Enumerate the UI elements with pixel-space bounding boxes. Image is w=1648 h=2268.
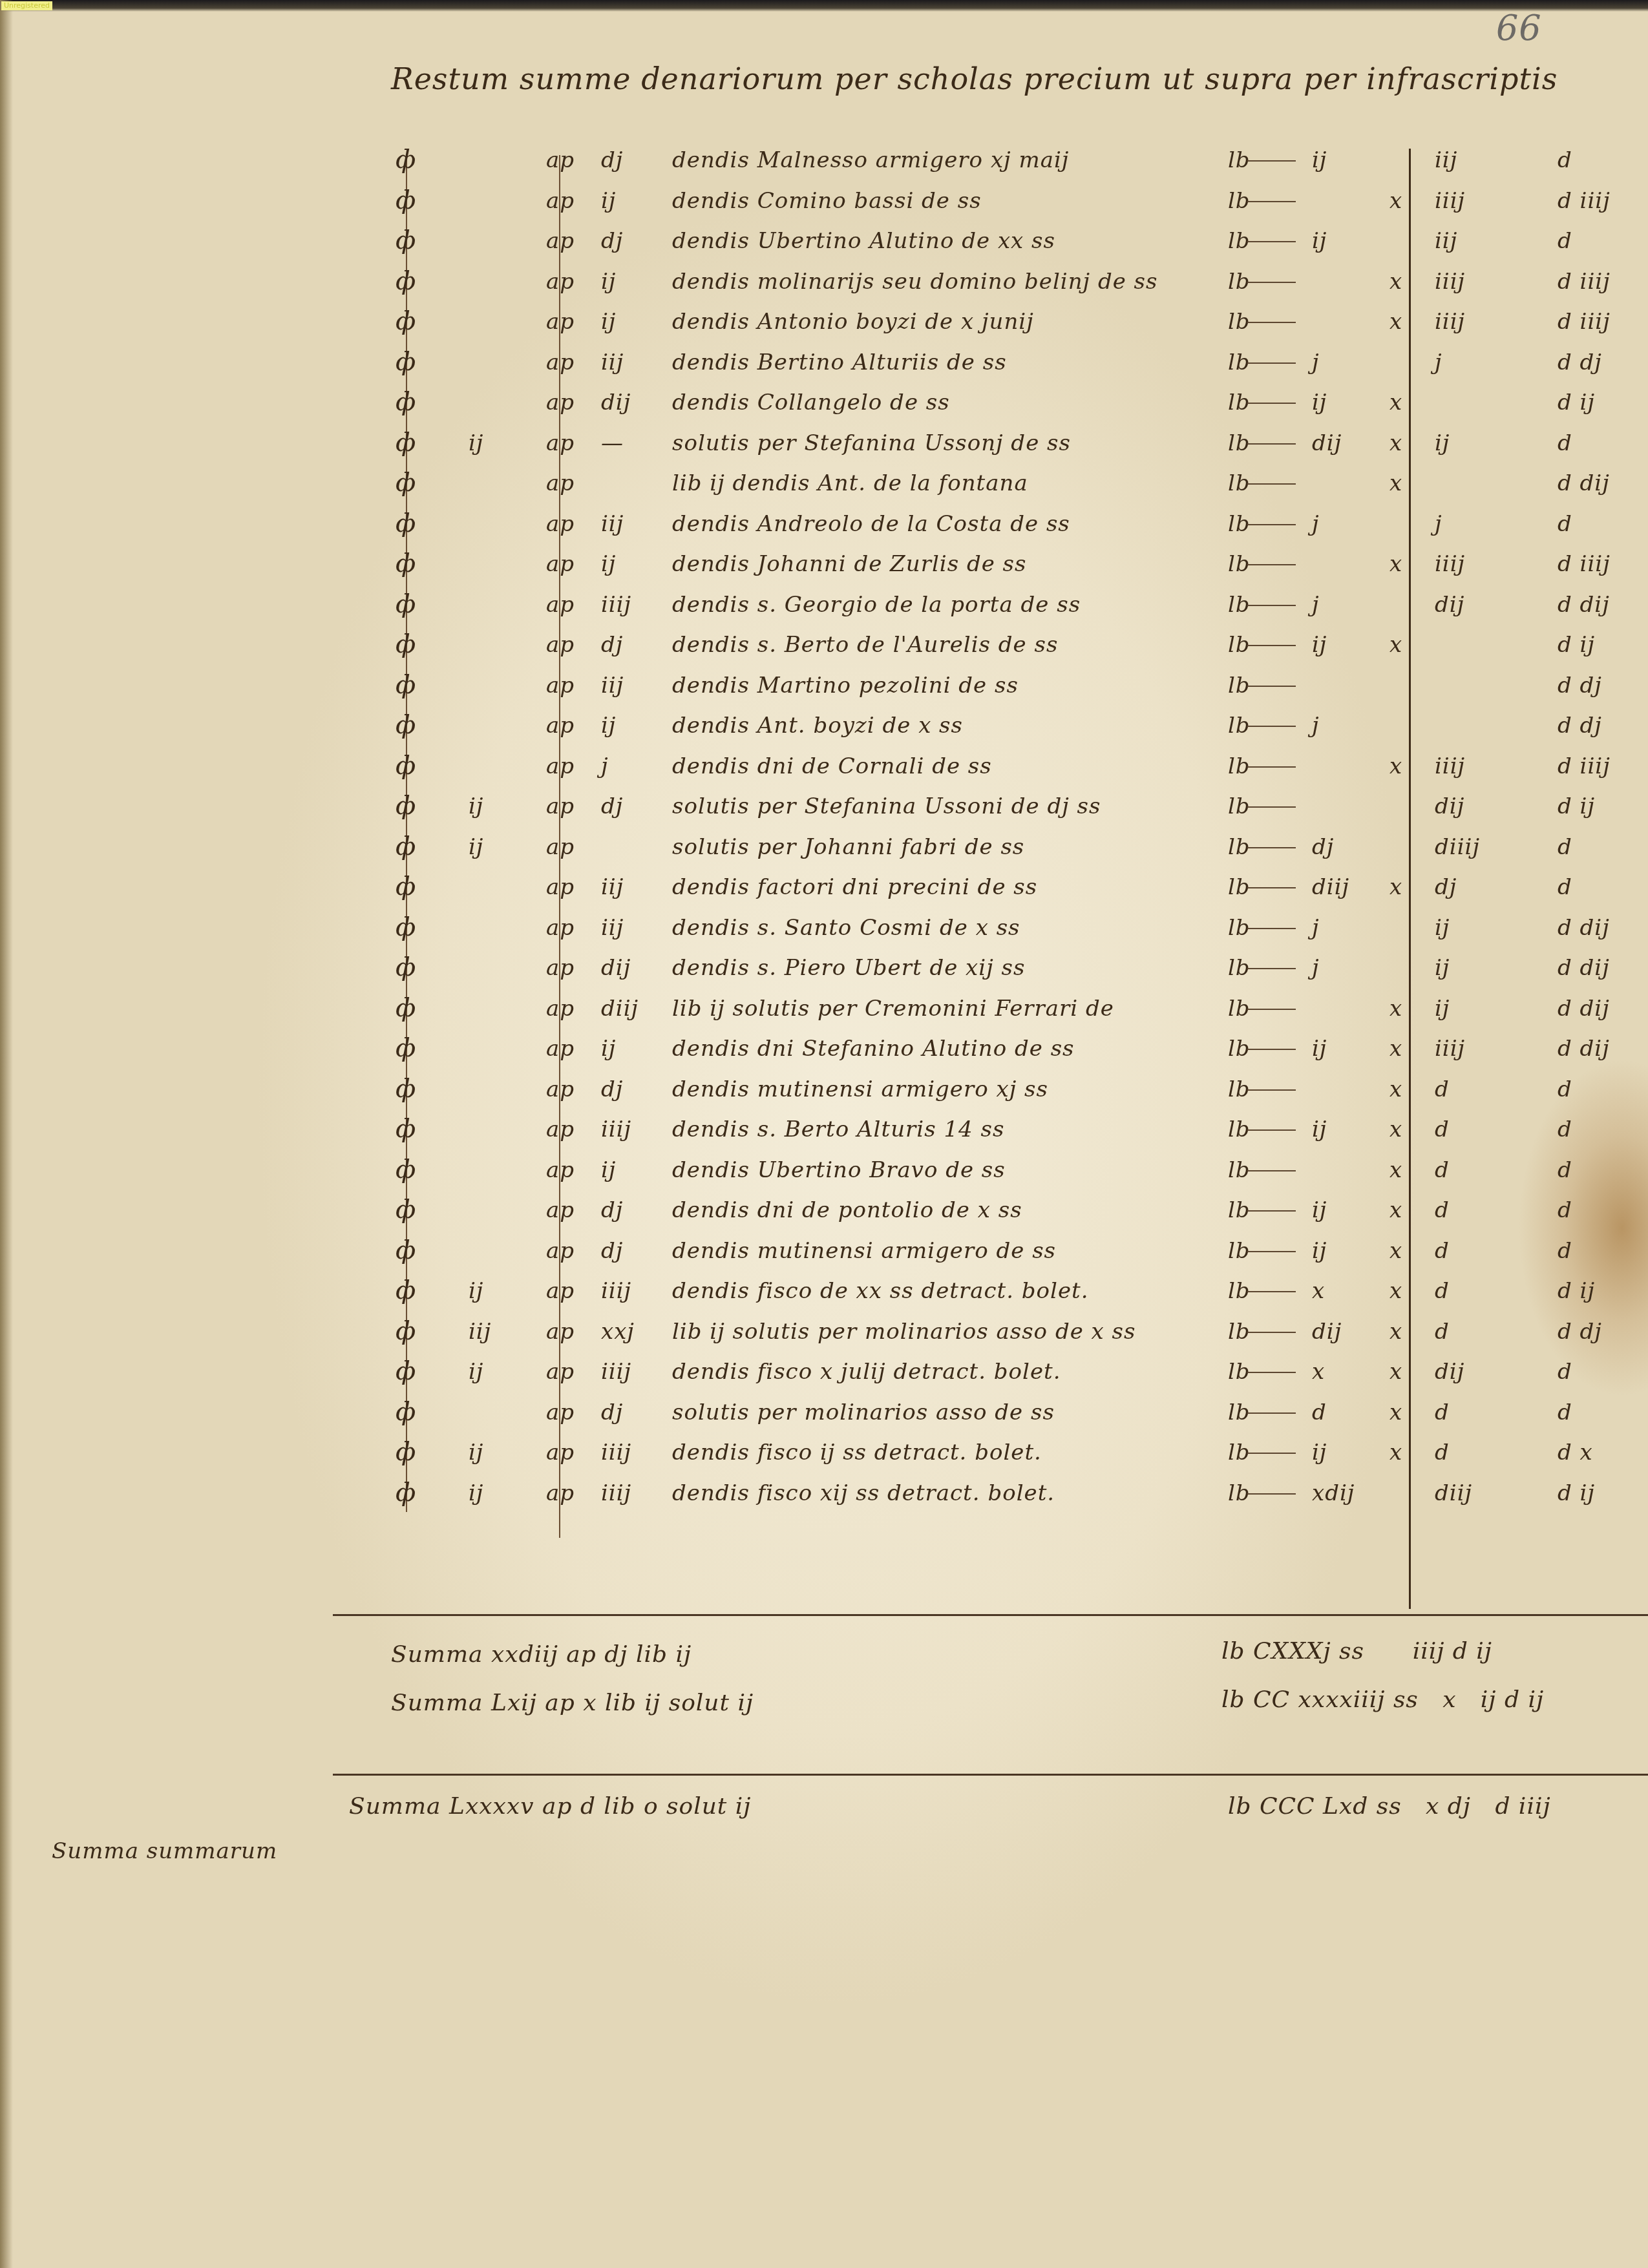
ledger-row: фapiijdendis Andreolo de la Costa de ssl… xyxy=(0,511,1648,549)
entry-count: iiij xyxy=(601,1359,631,1385)
ap-abbreviation: ap xyxy=(546,955,575,981)
libra-dash-rule xyxy=(1247,968,1296,969)
amount-value: iiij xyxy=(1435,269,1465,295)
entry-description: dendis Ant. boyzi de x ss xyxy=(672,713,963,739)
amount-value: dij xyxy=(1435,592,1464,618)
denari-value: x xyxy=(1389,430,1402,456)
entry-count: iij xyxy=(601,915,624,941)
amount-value: iij xyxy=(1435,228,1457,254)
ap-abbreviation: ap xyxy=(546,430,575,456)
denari-total: d ij xyxy=(1558,632,1595,658)
ledger-row: фapdjdendis mutinensi armigero xj sslbxd… xyxy=(0,1076,1648,1114)
denari-total: d xyxy=(1558,874,1572,900)
denari-total: d iiij xyxy=(1558,269,1611,295)
entry-description: dendis s. Georgio de la porta de ss xyxy=(672,592,1081,618)
entry-description: solutis per molinarios asso de ss xyxy=(672,1400,1055,1425)
entry-check-mark: ф xyxy=(396,226,416,255)
ap-abbreviation: ap xyxy=(546,1117,575,1142)
ap-abbreviation: ap xyxy=(546,1278,575,1304)
entry-check-mark: ф xyxy=(396,1478,416,1507)
amount-value: d xyxy=(1435,1238,1450,1264)
ap-abbreviation: ap xyxy=(546,1400,575,1425)
libra-dash-rule xyxy=(1247,160,1296,162)
entry-description: dendis Comino bassi de ss xyxy=(672,188,982,214)
ap-abbreviation: ap xyxy=(546,309,575,335)
denari-total: d xyxy=(1558,1117,1572,1142)
denari-total: d xyxy=(1558,430,1572,456)
entry-check-mark: ф xyxy=(396,1316,416,1346)
ledger-row: фijapsolutis per Johanni fabri de sslbdj… xyxy=(0,834,1648,872)
libra-dash-rule xyxy=(1247,686,1296,687)
denari-value: x xyxy=(1389,1400,1402,1425)
denari-value: x xyxy=(1389,309,1402,335)
soldi-value: j xyxy=(1312,350,1320,375)
amount-value: d xyxy=(1435,1400,1450,1425)
entry-count: iiij xyxy=(601,1480,631,1506)
grand-total-lb: lb CCC Lxd ss xyxy=(1228,1793,1402,1820)
libra-dash-rule xyxy=(1247,1453,1296,1454)
amount-value: d xyxy=(1435,1278,1450,1304)
ap-abbreviation: ap xyxy=(546,1076,575,1102)
ledger-row: фapiijdendis Martino pezolini de sslbd d… xyxy=(0,673,1648,710)
libra-dash-rule xyxy=(1247,1291,1296,1292)
subtotal-label: Summa Lxij ap x lib ij solut ij xyxy=(391,1690,754,1716)
denari-value: x xyxy=(1389,1157,1402,1183)
ap-abbreviation: ap xyxy=(546,1157,575,1183)
denari-total: d ij xyxy=(1558,793,1595,819)
libra-dash-rule xyxy=(1247,443,1296,445)
entry-check-mark: ф xyxy=(396,629,416,659)
ap-abbreviation: ap xyxy=(546,390,575,415)
ap-abbreviation: ap xyxy=(546,673,575,698)
amount-value: iiij xyxy=(1435,1036,1465,1062)
soldi-value: ij xyxy=(1312,1197,1327,1223)
soldi-value: ij xyxy=(1312,632,1327,658)
libra-dash-rule xyxy=(1247,1009,1296,1010)
amount-value: iiij xyxy=(1435,551,1465,577)
entry-description: lib ij dendis Ant. de la fontana xyxy=(672,470,1028,496)
denari-total: d dj xyxy=(1558,1319,1602,1345)
margin-count: ij xyxy=(469,1359,483,1385)
ap-abbreviation: ap xyxy=(546,996,575,1022)
entry-check-mark: ф xyxy=(396,1397,416,1427)
ap-abbreviation: ap xyxy=(546,1480,575,1506)
page-title: Restum summe denariorum per scholas prec… xyxy=(391,61,1558,96)
entry-description: dendis Ubertino Bravo de ss xyxy=(672,1157,1006,1183)
entry-check-mark: ф xyxy=(396,347,416,377)
denari-total: d ij xyxy=(1558,1278,1595,1304)
subtotal-row-2: Summa Lxij ap x lib ij solut ij xyxy=(391,1690,754,1716)
entry-description: solutis per Johanni fabri de ss xyxy=(672,834,1024,860)
amount-value: j xyxy=(1435,511,1442,537)
entry-check-mark: ф xyxy=(396,912,416,942)
entry-description: dendis s. Berto Alturis 14 ss xyxy=(672,1117,1004,1142)
soldi-value: j xyxy=(1312,955,1320,981)
ap-abbreviation: ap xyxy=(546,147,575,173)
entry-check-mark: ф xyxy=(396,468,416,498)
amount-value: d xyxy=(1435,1197,1450,1223)
soldi-value: dj xyxy=(1312,834,1334,860)
amount-value: d xyxy=(1435,1440,1450,1465)
entry-check-mark: ф xyxy=(396,710,416,740)
ledger-row: фapiijdendis factori dni precini de sslb… xyxy=(0,874,1648,912)
ledger-row: фapijdendis molinarijs seu domino belinj… xyxy=(0,269,1648,306)
entry-description: dendis dni Stefanino Alutino de ss xyxy=(672,1036,1075,1062)
entry-check-mark: ф xyxy=(396,1033,416,1063)
libra-dash-rule xyxy=(1247,726,1296,727)
ap-abbreviation: ap xyxy=(546,551,575,577)
denari-value: x xyxy=(1389,632,1402,658)
ledger-row: фapijdendis Comino bassi de sslbxiiijd i… xyxy=(0,188,1648,226)
amount-value: d xyxy=(1435,1157,1450,1183)
ledger-row: фapdijdendis s. Piero Ubert de xij sslbj… xyxy=(0,955,1648,992)
entry-count: xxj xyxy=(601,1319,635,1345)
denari-value: x xyxy=(1389,996,1402,1022)
entry-count: — xyxy=(601,430,624,456)
ledger-row: фapiijdendis s. Santo Cosmi de x sslbjij… xyxy=(0,915,1648,952)
entry-check-mark: ф xyxy=(396,185,416,215)
entry-description: dendis dni de Cornali de ss xyxy=(672,753,992,779)
margin-count: ij xyxy=(469,793,483,819)
entry-count: ij xyxy=(601,713,616,739)
amount-value: dij xyxy=(1435,1359,1464,1385)
ledger-row: фapiijdendis Bertino Alturiis de sslbjjd… xyxy=(0,350,1648,387)
ledger-row: фapdjdendis Malnesso armigero xj maijlbi… xyxy=(0,147,1648,185)
entry-description: dendis Collangelo de ss xyxy=(672,390,950,415)
ledger-row: фaplib ij dendis Ant. de la fontanalbxd … xyxy=(0,470,1648,508)
ledger-row: фapijdendis Johanni de Zurlis de sslbxii… xyxy=(0,551,1648,589)
libra-dash-rule xyxy=(1247,1332,1296,1333)
entry-description: dendis Andreolo de la Costa de ss xyxy=(672,511,1070,537)
subtotal-amount-1: lb CXXXj ss iiij d ij xyxy=(1221,1638,1492,1664)
ap-abbreviation: ap xyxy=(546,713,575,739)
subtotal-rule xyxy=(333,1614,1648,1616)
soldi-value: ij xyxy=(1312,1117,1327,1142)
denari-total: d xyxy=(1558,1238,1572,1264)
subtotal-amount-2: lb CC xxxxiiij ss x ij d ij xyxy=(1221,1686,1544,1713)
entry-description: dendis s. Santo Cosmi de x ss xyxy=(672,915,1020,941)
entry-description: solutis per Stefanina Ussonj de ss xyxy=(672,430,1071,456)
soldi-value: dij xyxy=(1312,430,1342,456)
subtotal-soldi: x xyxy=(1442,1686,1456,1713)
soldi-value: j xyxy=(1312,592,1320,618)
grand-total-amount: lb CCC Lxd ss x dj d iiij xyxy=(1228,1793,1551,1820)
summa-summarum-note: Summa summarum xyxy=(52,1838,277,1864)
grand-total-denari: d iiij xyxy=(1495,1793,1550,1820)
entry-description: dendis fisco xij ss detract. bolet. xyxy=(672,1480,1055,1506)
subtotal-denari: iiij d ij xyxy=(1413,1638,1492,1664)
libra-dash-rule xyxy=(1247,766,1296,768)
entry-description: lib ij solutis per Cremonini Ferrari de xyxy=(672,996,1114,1022)
ap-abbreviation: ap xyxy=(546,1319,575,1345)
amount-value: d xyxy=(1435,1319,1450,1345)
soldi-value: ij xyxy=(1312,228,1327,254)
soldi-value: d xyxy=(1312,1400,1327,1425)
denari-total: d xyxy=(1558,834,1572,860)
entry-count: diij xyxy=(601,996,639,1022)
soldi-value: ij xyxy=(1312,1440,1327,1465)
soldi-value: j xyxy=(1312,915,1320,941)
soldi-value: dij xyxy=(1312,1319,1342,1345)
margin-count: ij xyxy=(469,1440,483,1465)
ledger-row: фijap—solutis per Stefanina Ussonj de ss… xyxy=(0,430,1648,468)
denari-total: d xyxy=(1558,511,1572,537)
libra-dash-rule xyxy=(1247,403,1296,404)
libra-dash-rule xyxy=(1247,1372,1296,1373)
ledger-row: фijapiiijdendis fisco x julij detract. b… xyxy=(0,1359,1648,1396)
ap-abbreviation: ap xyxy=(546,228,575,254)
entry-description: dendis s. Piero Ubert de xij ss xyxy=(672,955,1025,981)
entry-check-mark: ф xyxy=(396,549,416,578)
denari-total: d dij xyxy=(1558,470,1610,496)
denari-total: d dij xyxy=(1558,1036,1610,1062)
entry-count: iiij xyxy=(601,1440,631,1465)
entry-count: dj xyxy=(601,1400,623,1425)
entry-description: dendis Martino pezolini de ss xyxy=(672,673,1019,698)
amount-value: iiij xyxy=(1435,753,1465,779)
libra-dash-rule xyxy=(1247,1251,1296,1252)
libra-dash-rule xyxy=(1247,887,1296,888)
entry-count: iij xyxy=(601,673,624,698)
subtotal-amount: lb CXXXj ss xyxy=(1221,1638,1364,1664)
entry-count: dj xyxy=(601,228,623,254)
libra-dash-rule xyxy=(1247,564,1296,565)
ledger-row: фapdjdendis s. Berto de l'Aurelis de ssl… xyxy=(0,632,1648,669)
denari-total: d xyxy=(1558,1076,1572,1102)
entry-count: dj xyxy=(601,1076,623,1102)
entry-check-mark: ф xyxy=(396,1155,416,1184)
entry-description: solutis per Stefanina Ussoni de dj ss xyxy=(672,793,1101,819)
entry-check-mark: ф xyxy=(396,952,416,982)
denari-value: x xyxy=(1389,390,1402,415)
ledger-row: фapdjdendis dni de pontolio de x sslbijx… xyxy=(0,1197,1648,1235)
entry-count: iij xyxy=(601,350,624,375)
ledger-row: фapdiijlib ij solutis per Cremonini Ferr… xyxy=(0,996,1648,1033)
libra-dash-rule xyxy=(1247,1210,1296,1212)
amount-value: d xyxy=(1435,1076,1450,1102)
unregistered-watermark: Unregistered xyxy=(1,1,52,10)
denari-value: x xyxy=(1389,1238,1402,1264)
entry-check-mark: ф xyxy=(396,1276,416,1305)
amount-value: diiij xyxy=(1435,834,1480,860)
soldi-value: diij xyxy=(1312,874,1349,900)
entry-check-mark: ф xyxy=(396,1195,416,1224)
grand-total-row: Summa Lxxxxv ap d lib o solut ij xyxy=(349,1793,751,1820)
entry-check-mark: ф xyxy=(396,1114,416,1144)
denari-total: d xyxy=(1558,147,1572,173)
denari-value: x xyxy=(1389,551,1402,577)
entry-description: dendis Ubertino Alutino de xx ss xyxy=(672,228,1055,254)
margin-count: ij xyxy=(469,1480,483,1506)
entry-check-mark: ф xyxy=(396,670,416,700)
ap-abbreviation: ap xyxy=(546,793,575,819)
ap-abbreviation: ap xyxy=(546,1197,575,1223)
grand-total-label: Summa Lxxxxv ap d lib o solut ij xyxy=(349,1793,751,1820)
folio-number: 66 xyxy=(1496,8,1542,48)
amount-value: ij xyxy=(1435,430,1450,456)
soldi-value: ij xyxy=(1312,390,1327,415)
entry-description: dendis fisco ij ss detract. bolet. xyxy=(672,1440,1042,1465)
denari-value: x xyxy=(1389,1197,1402,1223)
entry-description: dendis fisco x julij detract. bolet. xyxy=(672,1359,1061,1385)
entry-description: dendis factori dni precini de ss xyxy=(672,874,1037,900)
amount-value: iiij xyxy=(1435,309,1465,335)
ap-abbreviation: ap xyxy=(546,350,575,375)
entry-count: ij xyxy=(601,309,616,335)
denari-value: x xyxy=(1389,1440,1402,1465)
entry-count: iiij xyxy=(601,1117,631,1142)
denari-value: x xyxy=(1389,874,1402,900)
ledger-row: фapijdendis Antonio boyzi de x junijlbxi… xyxy=(0,309,1648,346)
subtotal-label: Summa xxdiij ap dj lib ij xyxy=(391,1641,692,1668)
ledger-row: фapjdendis dni de Cornali de sslbxiiijd … xyxy=(0,753,1648,791)
soldi-value: x xyxy=(1312,1278,1325,1304)
denari-total: d dij xyxy=(1558,915,1610,941)
amount-value: j xyxy=(1435,350,1442,375)
libra-dash-rule xyxy=(1247,524,1296,525)
amount-value: ij xyxy=(1435,915,1450,941)
denari-total: d iiij xyxy=(1558,309,1611,335)
entry-description: dendis dni de pontolio de x ss xyxy=(672,1197,1022,1223)
ledger-row: фiijapxxjlib ij solutis per molinarios a… xyxy=(0,1319,1648,1356)
libra-dash-rule xyxy=(1247,1129,1296,1131)
soldi-value: xdij xyxy=(1312,1480,1355,1506)
entry-count: iij xyxy=(601,511,624,537)
ap-abbreviation: ap xyxy=(546,1359,575,1385)
ap-abbreviation: ap xyxy=(546,915,575,941)
entry-description: lib ij solutis per molinarios asso de x … xyxy=(672,1319,1136,1345)
amount-value: dj xyxy=(1435,874,1457,900)
entry-check-mark: ф xyxy=(396,509,416,538)
entry-count: iij xyxy=(601,874,624,900)
soldi-value: ij xyxy=(1312,1036,1327,1062)
manuscript-page: Unregistered 66 Restum summe denariorum … xyxy=(0,0,1648,2268)
entry-description: dendis fisco de xx ss detract. bolet. xyxy=(672,1278,1089,1304)
entry-description: dendis mutinensi armigero de ss xyxy=(672,1238,1056,1264)
libra-dash-rule xyxy=(1247,322,1296,323)
entry-description: dendis Malnesso armigero xj maij xyxy=(672,147,1069,173)
entry-check-mark: ф xyxy=(396,791,416,821)
entry-count: dj xyxy=(601,1238,623,1264)
entry-check-mark: ф xyxy=(396,589,416,619)
libra-dash-rule xyxy=(1247,1412,1296,1414)
entry-count: j xyxy=(601,753,609,779)
denari-total: d dij xyxy=(1558,955,1610,981)
denari-value: x xyxy=(1389,188,1402,214)
denari-total: d dij xyxy=(1558,592,1610,618)
ledger-row: фijapiiijdendis fisco ij ss detract. bol… xyxy=(0,1440,1648,1477)
libra-dash-rule xyxy=(1247,1170,1296,1171)
denari-total: d dj xyxy=(1558,673,1602,698)
denari-value: x xyxy=(1389,1076,1402,1102)
ledger-row: фijapiiijdendis fisco de xx ss detract. … xyxy=(0,1278,1648,1316)
amount-value: iiij xyxy=(1435,188,1465,214)
entry-description: dendis s. Berto de l'Aurelis de ss xyxy=(672,632,1058,658)
ap-abbreviation: ap xyxy=(546,470,575,496)
entry-count: ij xyxy=(601,188,616,214)
ap-abbreviation: ap xyxy=(546,1238,575,1264)
ledger-row: фijapiiijdendis fisco xij ss detract. bo… xyxy=(0,1480,1648,1518)
entry-check-mark: ф xyxy=(396,832,416,861)
denari-total: d x xyxy=(1558,1440,1593,1465)
amount-value: d xyxy=(1435,1117,1450,1142)
ledger-row: фapdjdendis mutinensi armigero de sslbij… xyxy=(0,1238,1648,1276)
libra-dash-rule xyxy=(1247,483,1296,485)
entry-description: dendis molinarijs seu domino belinj de s… xyxy=(672,269,1158,295)
entry-check-mark: ф xyxy=(396,751,416,781)
soldi-value: j xyxy=(1312,713,1320,739)
grand-total-soldi: x dj xyxy=(1426,1793,1471,1820)
denari-total: d ij xyxy=(1558,390,1595,415)
subtotal-amount: lb CC xxxxiiij ss xyxy=(1221,1686,1419,1713)
entry-description: dendis Antonio boyzi de x junij xyxy=(672,309,1034,335)
entry-check-mark: ф xyxy=(396,1437,416,1467)
denari-total: d xyxy=(1558,228,1572,254)
ap-abbreviation: ap xyxy=(546,1440,575,1465)
entry-check-mark: ф xyxy=(396,872,416,901)
ledger-row: фapijdendis dni Stefanino Alutino de ssl… xyxy=(0,1036,1648,1073)
ledger-row: фijapdjsolutis per Stefanina Ussoni de d… xyxy=(0,793,1648,831)
denari-total: d dij xyxy=(1558,996,1610,1022)
ap-abbreviation: ap xyxy=(546,1036,575,1062)
amount-value: ij xyxy=(1435,955,1450,981)
ledger-row: фapdjsolutis per molinarios asso de sslb… xyxy=(0,1400,1648,1437)
denari-value: x xyxy=(1389,753,1402,779)
denari-value: x xyxy=(1389,1117,1402,1142)
libra-dash-rule xyxy=(1247,1049,1296,1050)
entry-count: dij xyxy=(601,955,631,981)
libra-dash-rule xyxy=(1247,928,1296,929)
grand-total-rule xyxy=(333,1774,1648,1776)
amount-value: ij xyxy=(1435,996,1450,1022)
libra-dash-rule xyxy=(1247,847,1296,848)
ap-abbreviation: ap xyxy=(546,874,575,900)
margin-count: ij xyxy=(469,1278,483,1304)
denari-value: x xyxy=(1389,1319,1402,1345)
denari-total: d iiij xyxy=(1558,753,1611,779)
ap-abbreviation: ap xyxy=(546,269,575,295)
denari-total: d xyxy=(1558,1359,1572,1385)
margin-count: iij xyxy=(469,1319,491,1345)
libra-dash-rule xyxy=(1247,1493,1296,1495)
denari-total: d xyxy=(1558,1157,1572,1183)
ledger-row: фapdijdendis Collangelo de sslbijxd ij xyxy=(0,390,1648,427)
amount-value: dij xyxy=(1435,793,1464,819)
libra-dash-rule xyxy=(1247,201,1296,202)
soldi-value: j xyxy=(1312,511,1320,537)
entry-count: dij xyxy=(601,390,631,415)
denari-value: x xyxy=(1389,269,1402,295)
denari-total: d dj xyxy=(1558,713,1602,739)
soldi-value: x xyxy=(1312,1359,1325,1385)
entry-description: dendis Bertino Alturiis de ss xyxy=(672,350,1007,375)
denari-total: d dj xyxy=(1558,350,1602,375)
entry-count: ij xyxy=(601,1036,616,1062)
entry-count: ij xyxy=(601,1157,616,1183)
ledger-row: фapijdendis Ant. boyzi de x sslbjd dj xyxy=(0,713,1648,750)
denari-value: x xyxy=(1389,1036,1402,1062)
ap-abbreviation: ap xyxy=(546,511,575,537)
ap-abbreviation: ap xyxy=(546,834,575,860)
entry-count: dj xyxy=(601,1197,623,1223)
margin-count: ij xyxy=(469,430,483,456)
denari-total: d iiij xyxy=(1558,188,1611,214)
entry-check-mark: ф xyxy=(396,1356,416,1386)
entry-count: iiij xyxy=(601,592,631,618)
soldi-value: ij xyxy=(1312,147,1327,173)
ap-abbreviation: ap xyxy=(546,592,575,618)
denari-total: d ij xyxy=(1558,1480,1595,1506)
